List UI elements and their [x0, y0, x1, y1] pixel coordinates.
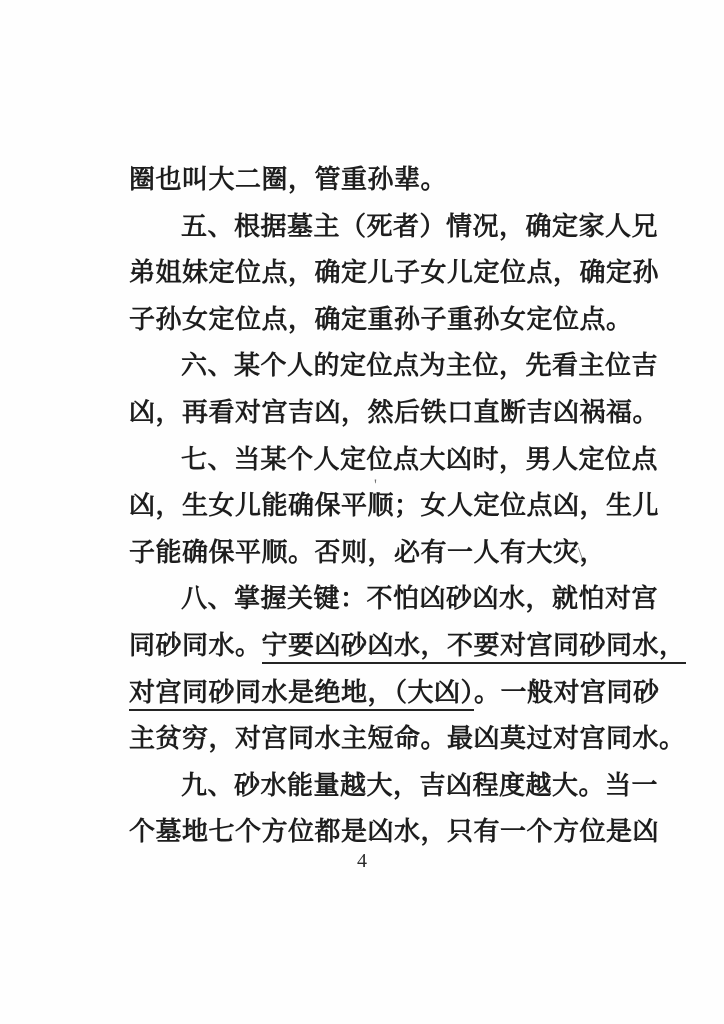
text-segment: 子孙女定位点，确定重孙子重孙女定位点。 — [129, 305, 633, 334]
text-segment: 凶，再看对宫吉凶，然后铁口直断吉凶祸福。 — [129, 398, 659, 427]
text-line: 圈也叫大二圈，管重孙辈。 — [129, 157, 689, 204]
underlined-text-segment: 宁要凶砂凶水，不要对宫同砂同水， — [262, 631, 686, 664]
text-line: 对宫同砂同水是绝地，（大凶）。一般对宫同砂 — [129, 670, 689, 717]
text-segment: 圈也叫大二圈，管重孙辈。 — [129, 165, 447, 194]
text-segment: 主贫穷，对宫同水主短命。最凶莫过对宫同水。 — [129, 724, 686, 753]
text-line: 六、某个人的定位点为主位，先看主位吉 — [129, 343, 689, 390]
text-line: 个墓地七个方位都是凶水，只有一个方位是凶 — [129, 809, 689, 856]
text-line: 凶，再看对宫吉凶，然后铁口直断吉凶祸福。 — [129, 390, 689, 437]
text-segment: 子能确保平顺。否则，必有一人有大灾， — [129, 538, 606, 567]
text-segment: 。一般对宫同砂 — [474, 678, 660, 707]
text-segment: 弟姐妹定位点，确定儿子女儿定位点，确定孙 — [129, 258, 659, 287]
text-line: 五、根据墓主（死者）情况，确定家人兄 — [129, 204, 689, 251]
text-line: 凶，生女儿能确保平顺；女人定位点凶，生儿 — [129, 483, 689, 530]
page-text: 圈也叫大二圈，管重孙辈。五、根据墓主（死者）情况，确定家人兄弟姐妹定位点，确定儿… — [129, 157, 689, 856]
text-line: 子能确保平顺。否则，必有一人有大灾， — [129, 530, 689, 577]
text-segment: 七、当某个人定位点大凶时，男人定位点 — [181, 445, 658, 474]
page-number: 4 — [0, 850, 724, 873]
text-line: 子孙女定位点，确定重孙子重孙女定位点。 — [129, 297, 689, 344]
scan-artifact-mark: ' — [374, 478, 377, 494]
text-line: 七、当某个人定位点大凶时，男人定位点 — [129, 437, 689, 484]
text-line: 八、掌握关键：不怕凶砂凶水，就怕对宫 — [129, 576, 689, 623]
text-segment: 五、根据墓主（死者）情况，确定家人兄 — [181, 212, 658, 241]
text-line: 主贫穷，对宫同水主短命。最凶莫过对宫同水。 — [129, 716, 689, 763]
text-segment: 八、掌握关键：不怕凶砂凶水，就怕对宫 — [181, 584, 658, 613]
text-segment: 同砂同水。 — [129, 631, 262, 660]
document-page: 圈也叫大二圈，管重孙辈。五、根据墓主（死者）情况，确定家人兄弟姐妹定位点，确定儿… — [0, 0, 724, 1024]
text-segment: 九、砂水能量越大，吉凶程度越大。当一 — [181, 771, 658, 800]
text-line: 弟姐妹定位点，确定儿子女儿定位点，确定孙 — [129, 250, 689, 297]
underlined-text-segment: 对宫同砂同水是绝地，（大凶） — [129, 678, 474, 711]
scan-artifact-mark: \ — [578, 546, 582, 562]
text-segment: 六、某个人的定位点为主位，先看主位吉 — [181, 351, 658, 380]
text-line: 同砂同水。宁要凶砂凶水，不要对宫同砂同水， — [129, 623, 689, 670]
text-segment: 个墓地七个方位都是凶水，只有一个方位是凶 — [129, 817, 659, 846]
text-line: 九、砂水能量越大，吉凶程度越大。当一 — [129, 763, 689, 810]
text-segment: 凶，生女儿能确保平顺；女人定位点凶，生儿 — [129, 491, 659, 520]
